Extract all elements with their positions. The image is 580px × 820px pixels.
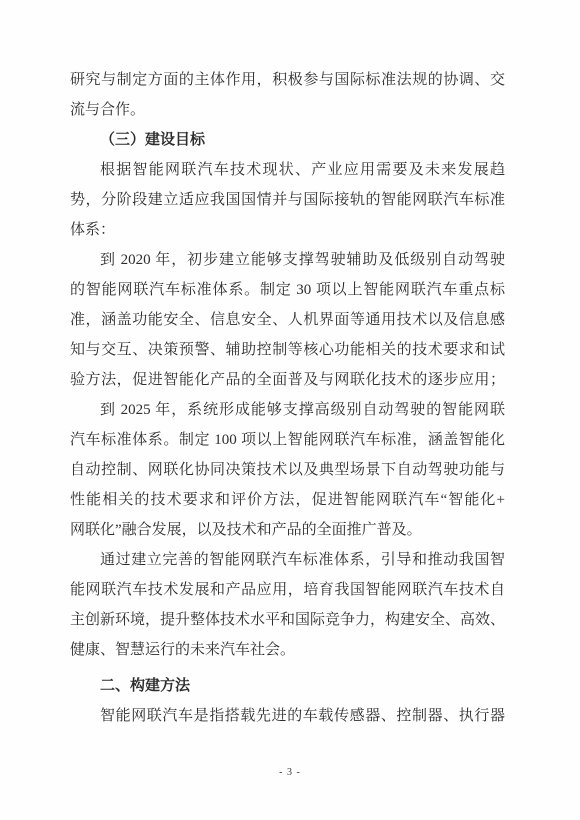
body-line: 通过建立完善的智能网联汽车标准体系，引导和推动我国智 (70, 545, 505, 575)
body-line: 知与交互、决策预警、辅助控制等核心功能相关的技术要求和试 (70, 335, 505, 365)
body-line: 研究与制定方面的主体作用，积极参与国际标准法规的协调、交 (70, 65, 505, 95)
body-line: 主创新环境，提升整体技术水平和国际竞争力，构建安全、高效、 (70, 605, 505, 635)
section-heading: （三）建设目标 (70, 125, 505, 155)
body-line: 的智能网联汽车标准体系。制定 30 项以上智能网联汽车重点标 (70, 275, 505, 305)
body-line: 自动控制、网联化协同决策技术以及典型场景下自动驾驶功能与 (70, 455, 505, 485)
body-line: 智能网联汽车是指搭载先进的车载传感器、控制器、执行器 (70, 701, 505, 731)
body-line: 到 2020 年，初步建立能够支撑驾驶辅助及低级别自动驾驶 (70, 245, 505, 275)
body-line: 网联化”融合发展，以及技术和产品的全面推广普及。 (70, 515, 505, 545)
body-line: 根据智能网联汽车技术现状、产业应用需要及未来发展趋 (70, 155, 505, 185)
body-line: 准，涵盖功能安全、信息安全、人机界面等通用技术以及信息感 (70, 305, 505, 335)
body-line: 能网联汽车技术发展和产品应用，培育我国智能网联汽车技术自 (70, 575, 505, 605)
body-line: 势，分阶段建立适应我国国情并与国际接轨的智能网联汽车标准 (70, 185, 505, 215)
page-number: - 3 - (0, 767, 580, 778)
body-line: 汽车标准体系。制定 100 项以上智能网联汽车标准，涵盖智能化 (70, 425, 505, 455)
body-line: 流与合作。 (70, 95, 505, 125)
section-heading: 二、构建方法 (70, 671, 505, 701)
body-line: 到 2025 年，系统形成能够支撑高级别自动驾驶的智能网联 (70, 395, 505, 425)
document-body: 研究与制定方面的主体作用，积极参与国际标准法规的协调、交 流与合作。 （三）建设… (70, 65, 505, 731)
body-line: 验方法，促进智能化产品的全面普及与网联化技术的逐步应用； (70, 365, 505, 395)
body-line: 健康、智慧运行的未来汽车社会。 (70, 635, 505, 665)
body-line: 体系： (70, 215, 505, 245)
document-page: 研究与制定方面的主体作用，积极参与国际标准法规的协调、交 流与合作。 （三）建设… (0, 0, 580, 820)
body-line: 性能相关的技术要求和评价方法，促进智能网联汽车“智能化+ (70, 485, 505, 515)
